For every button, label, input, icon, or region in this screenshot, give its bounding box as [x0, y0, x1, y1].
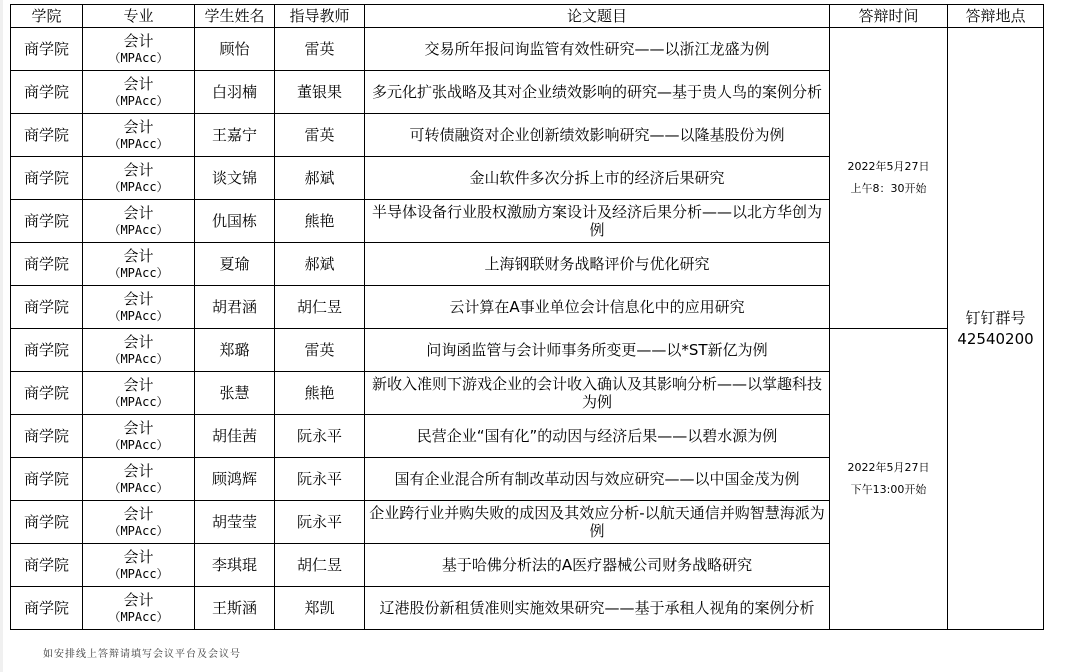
major-name: 会计 — [123, 591, 153, 609]
college-cell: 商学院 — [11, 372, 83, 415]
advisor-cell: 阮永平 — [275, 501, 365, 544]
major-cell: 会计（MPAcc） — [83, 458, 195, 501]
major-program: （MPAcc） — [83, 308, 194, 324]
college-cell: 商学院 — [11, 157, 83, 200]
major-cell: 会计（MPAcc） — [83, 501, 195, 544]
major-cell: 会计（MPAcc） — [83, 243, 195, 286]
thesis-title-cell: 交易所年报问询监管有效性研究——以浙江龙盛为例 — [365, 28, 830, 71]
defense-start-time: 下午13:00开始 — [830, 479, 947, 501]
student-cell: 顾怡 — [195, 28, 275, 71]
thesis-title-cell: 辽港股份新租赁准则实施效果研究——基于承租人视角的案例分析 — [365, 587, 830, 630]
college-cell: 商学院 — [11, 329, 83, 372]
defense-time-cell: 2022年5月27日上午8：30开始 — [830, 28, 948, 329]
major-name: 会计 — [123, 204, 153, 222]
thesis-title-cell: 半导体设备行业股权激励方案设计及经济后果分析——以北方华创为例 — [365, 200, 830, 243]
thesis-title-cell: 云计算在A事业单位会计信息化中的应用研究 — [365, 286, 830, 329]
major-program: （MPAcc） — [83, 222, 194, 238]
advisor-cell: 熊艳 — [275, 372, 365, 415]
header-major: 专业 — [83, 5, 195, 28]
student-cell: 谈文锦 — [195, 157, 275, 200]
dingtalk-group-number: 42540200 — [948, 329, 1043, 350]
major-name: 会计 — [123, 548, 153, 566]
major-program: （MPAcc） — [83, 265, 194, 281]
major-program: （MPAcc） — [83, 480, 194, 496]
defense-time-cell: 2022年5月27日下午13:00开始 — [830, 329, 948, 630]
advisor-cell: 阮永平 — [275, 415, 365, 458]
header-place: 答辩地点 — [948, 5, 1044, 28]
major-cell: 会计（MPAcc） — [83, 587, 195, 630]
major-program: （MPAcc） — [83, 609, 194, 625]
major-name: 会计 — [123, 118, 153, 136]
header-student: 学生姓名 — [195, 5, 275, 28]
college-cell: 商学院 — [11, 71, 83, 114]
major-name: 会计 — [123, 161, 153, 179]
student-cell: 顾鸿辉 — [195, 458, 275, 501]
major-program: （MPAcc） — [83, 93, 194, 109]
student-cell: 胡君涵 — [195, 286, 275, 329]
college-cell: 商学院 — [11, 114, 83, 157]
major-program: （MPAcc） — [83, 179, 194, 195]
student-cell: 白羽楠 — [195, 71, 275, 114]
table-row: 商学院会计（MPAcc）郑璐雷英问询函监管与会计师事务所变更——以*ST新亿为例… — [11, 329, 1044, 372]
student-cell: 胡佳茜 — [195, 415, 275, 458]
page-margin — [0, 0, 3, 672]
thesis-title-cell: 国有企业混合所有制改革动因与效应研究——以中国金茂为例 — [365, 458, 830, 501]
student-cell: 夏瑜 — [195, 243, 275, 286]
major-cell: 会计（MPAcc） — [83, 200, 195, 243]
student-cell: 仇国栋 — [195, 200, 275, 243]
student-cell: 王嘉宁 — [195, 114, 275, 157]
thesis-title-cell: 问询函监管与会计师事务所变更——以*ST新亿为例 — [365, 329, 830, 372]
major-name: 会计 — [123, 505, 153, 523]
advisor-cell: 雷英 — [275, 329, 365, 372]
major-name: 会计 — [123, 75, 153, 93]
advisor-cell: 董银果 — [275, 71, 365, 114]
thesis-title-cell: 上海钢联财务战略评价与优化研究 — [365, 243, 830, 286]
major-program: （MPAcc） — [83, 136, 194, 152]
major-name: 会计 — [123, 32, 153, 50]
footnote: 如安排线上答辩请填写会议平台及会议号 — [43, 645, 241, 660]
major-name: 会计 — [123, 247, 153, 265]
major-cell: 会计（MPAcc） — [83, 415, 195, 458]
major-cell: 会计（MPAcc） — [83, 372, 195, 415]
thesis-title-cell: 民营企业“国有化”的动因与经济后果——以碧水源为例 — [365, 415, 830, 458]
major-cell: 会计（MPAcc） — [83, 157, 195, 200]
college-cell: 商学院 — [11, 28, 83, 71]
header-thesis: 论文题目 — [365, 5, 830, 28]
thesis-title-cell: 基于哈佛分析法的A医疗器械公司财务战略研究 — [365, 544, 830, 587]
college-cell: 商学院 — [11, 415, 83, 458]
header-row: 学院 专业 学生姓名 指导教师 论文题目 答辩时间 答辩地点 — [11, 5, 1044, 28]
major-program: （MPAcc） — [83, 50, 194, 66]
student-cell: 王斯涵 — [195, 587, 275, 630]
college-cell: 商学院 — [11, 544, 83, 587]
advisor-cell: 郑凯 — [275, 587, 365, 630]
college-cell: 商学院 — [11, 286, 83, 329]
student-cell: 胡莹莹 — [195, 501, 275, 544]
major-name: 会计 — [123, 419, 153, 437]
college-cell: 商学院 — [11, 200, 83, 243]
advisor-cell: 郝斌 — [275, 243, 365, 286]
defense-place-cell: 钉钉群号42540200 — [948, 28, 1044, 630]
major-program: （MPAcc） — [83, 437, 194, 453]
college-cell: 商学院 — [11, 243, 83, 286]
major-cell: 会计（MPAcc） — [83, 329, 195, 372]
major-name: 会计 — [123, 462, 153, 480]
header-college: 学院 — [11, 5, 83, 28]
defense-date: 2022年5月27日 — [830, 457, 947, 479]
college-cell: 商学院 — [11, 458, 83, 501]
college-cell: 商学院 — [11, 501, 83, 544]
major-cell: 会计（MPAcc） — [83, 286, 195, 329]
major-program: （MPAcc） — [83, 523, 194, 539]
defense-start-time: 上午8：30开始 — [830, 178, 947, 200]
advisor-cell: 胡仁昱 — [275, 286, 365, 329]
table-row: 商学院会计（MPAcc）顾怡雷英交易所年报问询监管有效性研究——以浙江龙盛为例2… — [11, 28, 1044, 71]
header-time: 答辩时间 — [830, 5, 948, 28]
major-cell: 会计（MPAcc） — [83, 114, 195, 157]
thesis-title-cell: 企业跨行业并购失败的成因及其效应分析-以航天通信并购智慧海派为例 — [365, 501, 830, 544]
student-cell: 李琪琨 — [195, 544, 275, 587]
defense-date: 2022年5月27日 — [830, 156, 947, 178]
thesis-title-cell: 多元化扩张战略及其对企业绩效影响的研究—基于贵人鸟的案例分析 — [365, 71, 830, 114]
thesis-title-cell: 新收入准则下游戏企业的会计收入确认及其影响分析——以掌趣科技为例 — [365, 372, 830, 415]
defense-schedule-table: 学院 专业 学生姓名 指导教师 论文题目 答辩时间 答辩地点 商学院会计（MPA… — [10, 4, 1044, 630]
advisor-cell: 郝斌 — [275, 157, 365, 200]
major-cell: 会计（MPAcc） — [83, 71, 195, 114]
major-program: （MPAcc） — [83, 566, 194, 582]
student-cell: 张慧 — [195, 372, 275, 415]
advisor-cell: 雷英 — [275, 114, 365, 157]
header-advisor: 指导教师 — [275, 5, 365, 28]
advisor-cell: 阮永平 — [275, 458, 365, 501]
major-cell: 会计（MPAcc） — [83, 28, 195, 71]
advisor-cell: 熊艳 — [275, 200, 365, 243]
major-name: 会计 — [123, 333, 153, 351]
major-program: （MPAcc） — [83, 351, 194, 367]
major-cell: 会计（MPAcc） — [83, 544, 195, 587]
advisor-cell: 胡仁昱 — [275, 544, 365, 587]
student-cell: 郑璐 — [195, 329, 275, 372]
major-name: 会计 — [123, 376, 153, 394]
dingtalk-group-label: 钉钉群号 — [948, 308, 1043, 329]
major-program: （MPAcc） — [83, 394, 194, 410]
college-cell: 商学院 — [11, 587, 83, 630]
major-name: 会计 — [123, 290, 153, 308]
thesis-title-cell: 金山软件多次分拆上市的经济后果研究 — [365, 157, 830, 200]
advisor-cell: 雷英 — [275, 28, 365, 71]
thesis-title-cell: 可转债融资对企业创新绩效影响研究——以隆基股份为例 — [365, 114, 830, 157]
